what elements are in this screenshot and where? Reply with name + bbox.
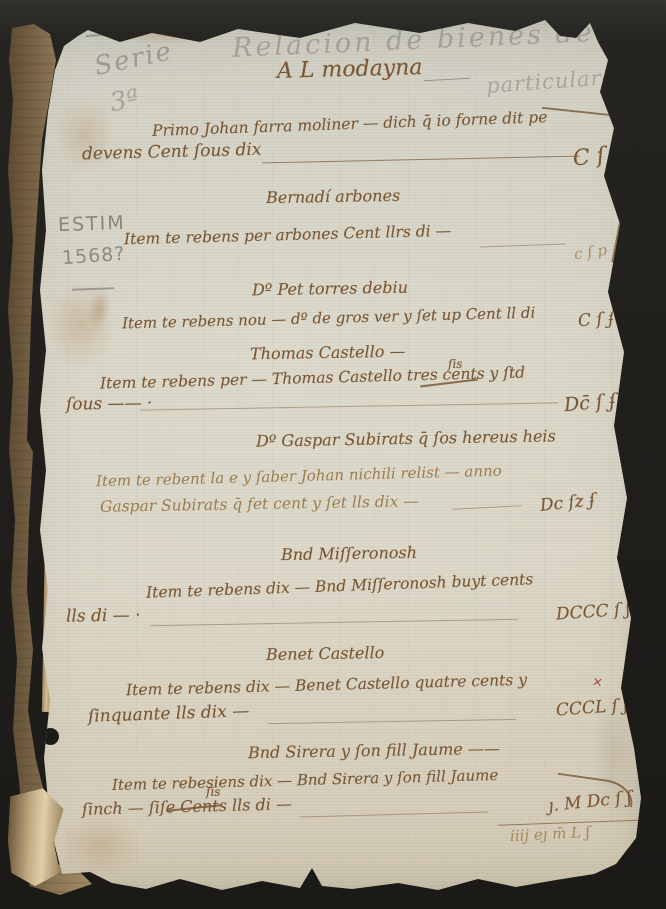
- amount: DCCC ſ ʃ: [555, 601, 630, 623]
- pen-rule: [262, 156, 580, 164]
- stain: [84, 284, 114, 333]
- total-amount: iiij eȷ m̄ L ʃ: [510, 825, 591, 844]
- title-almodayna: A L modayna: [277, 57, 423, 83]
- manuscript-page: · ···· 1567 ···· Serie 3ª Relacion de bi…: [0, 0, 666, 909]
- entry-heading: Bernadí arbones: [266, 188, 400, 206]
- series-label: Serie: [92, 38, 175, 80]
- entry-line: Primo Johan farra moliner — dich q̄ io f…: [152, 110, 548, 139]
- stain: [46, 280, 116, 370]
- entry-line: devens Cent ſous dix: [82, 142, 262, 164]
- red-check-mark: ×: [591, 675, 604, 690]
- amount: c ſ p: [573, 243, 608, 262]
- interlinear-correction: ſis: [448, 358, 462, 370]
- amount: Dc̄ ſ ʄ: [563, 392, 616, 415]
- estim-underline: [72, 287, 114, 290]
- entry-line: Item te rebens dix — Benet Castello quat…: [126, 673, 527, 699]
- entry-heading: Dº Pet torres debiu: [252, 280, 408, 299]
- pen-rule: [452, 505, 522, 510]
- amount: CCCL ſ ʃ: [555, 698, 628, 720]
- entry-line: Item te rebens per arbones Cent llrs di …: [124, 224, 451, 248]
- pen-rule: [300, 812, 488, 818]
- title-dash: [424, 78, 470, 81]
- entry-line: Item te rebent la e y ſaber Johan nichil…: [96, 464, 502, 490]
- series-number: 3ª: [108, 86, 141, 117]
- entry-line: Gaspar Subirats q̄ fet cent y ſet lls di…: [100, 494, 419, 515]
- entry-line: ſous —— ·: [66, 395, 153, 414]
- stain: [58, 814, 142, 878]
- entry-heading: Bnd Sirera y ſon fill Jaume ——: [248, 741, 500, 761]
- entry-heading: Dº Gaspar Subirats q̄ ſos hereus heis: [256, 428, 556, 449]
- amount: Dc ſz ʄ: [539, 492, 596, 515]
- estim-label: ESTIM: [58, 214, 126, 235]
- entry-line: Item te rebens nou — dº de gros ver y ſe…: [122, 306, 536, 332]
- entry-heading: Thomas Castello —: [250, 344, 406, 363]
- manuscript-photo: · ···· 1567 ···· Serie 3ª Relacion de bi…: [0, 0, 666, 909]
- amount: C ſ: [572, 145, 606, 170]
- estim-year: 1568?: [61, 245, 126, 268]
- entry-heading: Bnd Miſſeronosh: [281, 545, 417, 563]
- entry-line: Item te rebens dix — Bnd Miſſeronosh buy…: [146, 572, 534, 601]
- entry-line: Item te rebesiens dix — Bnd Sirera y ſon…: [112, 768, 499, 793]
- pen-rule: [140, 402, 558, 410]
- entry-heading: Benet Castello: [266, 645, 385, 663]
- entry-line: lls di — ·: [66, 607, 141, 625]
- pen-rule: [268, 719, 516, 724]
- entry-line: ſinquante lls dix —: [88, 703, 250, 726]
- pen-rule: [150, 619, 518, 626]
- pen-rule: [480, 243, 566, 247]
- amount: C ſ ʄ: [577, 311, 615, 330]
